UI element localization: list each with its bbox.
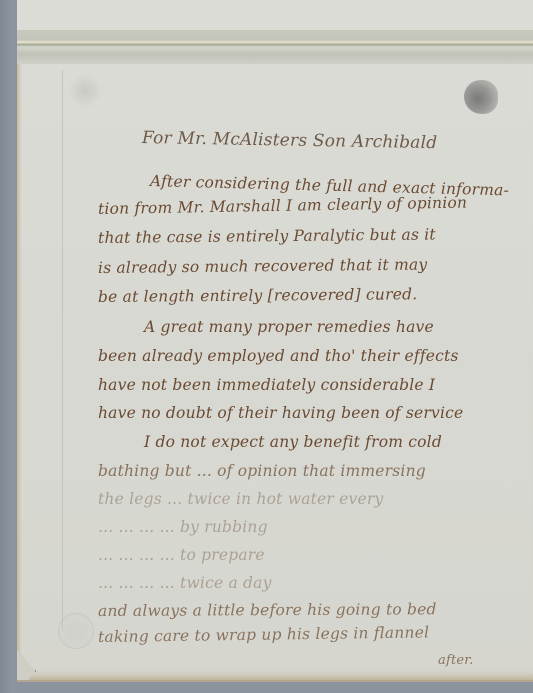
text-line: and always a little before his going to … xyxy=(98,600,437,620)
page-top-edge xyxy=(17,0,533,30)
paper-stain xyxy=(68,74,102,108)
text-line: after. xyxy=(438,653,474,668)
text-line: ... ... ... ... twice a day xyxy=(98,574,272,592)
text-line: ... ... ... ... by rubbing xyxy=(98,518,268,536)
text-line: A great many proper remedies have xyxy=(144,318,434,336)
text-line: I do not expect any benefit from cold xyxy=(144,433,442,451)
wax-seal-icon xyxy=(464,80,498,114)
fold-crease xyxy=(17,30,533,64)
text-line: is already so much recovered that it may xyxy=(98,256,427,277)
text-line: the legs ... twice in hot water every xyxy=(98,490,383,508)
text-line: ... ... ... ... to prepare xyxy=(98,546,265,564)
text-line: that the case is entirely Paralytic but … xyxy=(98,225,436,247)
margin-line xyxy=(62,70,63,630)
text-line: be at length entirely [recovered] cured. xyxy=(98,285,417,306)
text-line: been already employed and tho' their eff… xyxy=(98,347,459,365)
text-line: have not been immediately considerable I xyxy=(98,376,435,394)
paper-stain-circle xyxy=(58,613,94,649)
text-line: bathing but ... of opinion that immersin… xyxy=(98,462,426,480)
text-line: have no doubt of their having been of se… xyxy=(98,404,463,422)
